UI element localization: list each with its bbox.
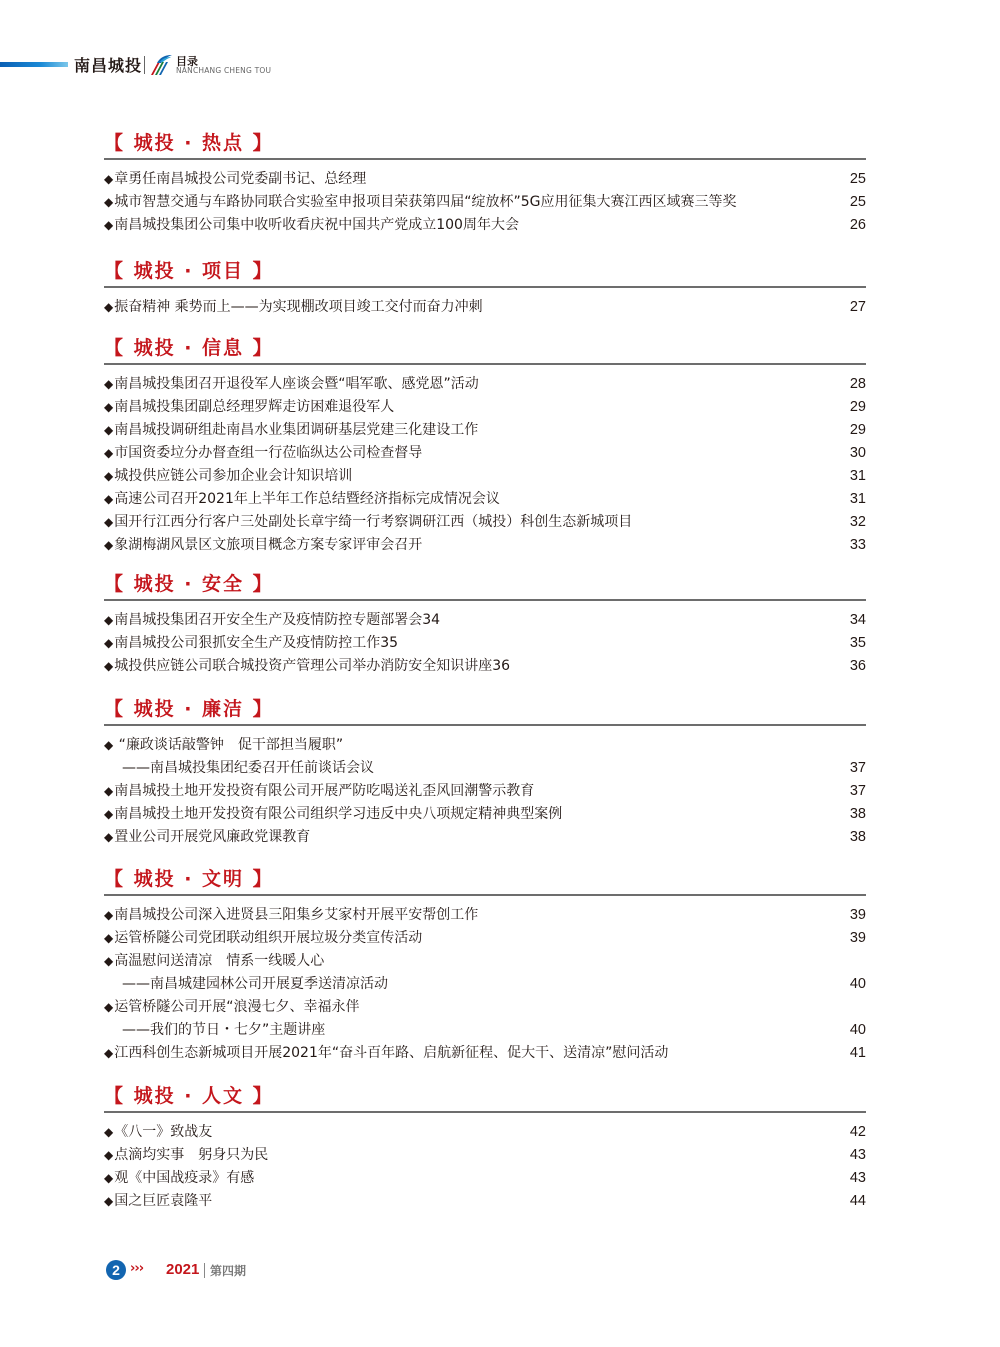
page-number: 38 [840, 803, 866, 826]
page-number: 34 [840, 609, 866, 632]
brand-english: NANCHANG CHENG TOU [176, 66, 271, 75]
page-number: 25 [840, 191, 866, 214]
toc-entry[interactable]: ◆国开行江西分行客户三处副处长章宇绮一行考察调研江西（城投）科创生态新城项目32 [104, 511, 866, 534]
toc-entry[interactable]: ◆运管桥隧公司开展“浪漫七夕、幸福永伴 [104, 996, 866, 1019]
toc-entry[interactable]: ◆南昌城投公司深入进贤县三阳集乡艾家村开展平安帮创工作39 [104, 904, 866, 927]
page-number: 41 [840, 1042, 866, 1065]
diamond-bullet-icon: ◆ [104, 488, 113, 511]
toc-entry-subtitle[interactable]: ——南昌城建园林公司开展夏季送清凉活动40 [104, 973, 866, 996]
issue-year: 2021 [166, 1261, 199, 1278]
header-accent-bar [0, 62, 68, 67]
section-title: 【 城投 · 人文 】 [104, 1081, 866, 1111]
footer-divider [204, 1263, 205, 1278]
section-title: 【 城投 · 安全 】 [104, 569, 866, 599]
diamond-bullet-icon: ◆ [104, 373, 113, 396]
page-number: 42 [840, 1121, 866, 1144]
diamond-bullet-icon: ◆ [104, 465, 113, 488]
page-number: 39 [840, 927, 866, 950]
section-divider [104, 363, 866, 365]
toc-entry[interactable]: ◆国之巨匠袁隆平44 [104, 1190, 866, 1213]
page-number: 32 [840, 511, 866, 534]
page-number: 27 [840, 296, 866, 319]
diamond-bullet-icon: ◆ [104, 803, 113, 826]
page-number: 26 [840, 214, 866, 237]
diamond-bullet-icon: ◆ [104, 1144, 113, 1167]
diamond-bullet-icon: ◆ [104, 534, 113, 557]
diamond-bullet-icon: ◆ [104, 927, 113, 950]
page-number-badge: 2 [106, 1260, 126, 1280]
chevrons-icon: ››› [130, 1261, 143, 1276]
toc-entry[interactable]: ◆南昌城投集团召开安全生产及疫情防控专题部署会3434 [104, 609, 866, 632]
page-number: 43 [840, 1167, 866, 1190]
page-number: 28 [840, 373, 866, 396]
toc-entry-subtitle[interactable]: ——我们的节日・七夕”主题讲座40 [104, 1019, 866, 1042]
section-title: 【 城投 · 热点 】 [104, 128, 866, 158]
toc-entry[interactable]: ◆城投供应链公司联合城投资产管理公司举办消防安全知识讲座3636 [104, 655, 866, 678]
diamond-bullet-icon: ◆ [104, 511, 113, 534]
toc-entry[interactable]: ◆南昌城投集团公司集中收听收看庆祝中国共产党成立100周年大会26 [104, 214, 866, 237]
section-title: 【 城投 · 廉洁 】 [104, 694, 866, 724]
toc-entry[interactable]: ◆南昌城投公司狠抓安全生产及疫情防控工作3535 [104, 632, 866, 655]
diamond-bullet-icon: ◆ [104, 780, 113, 803]
section-divider [104, 286, 866, 288]
diamond-bullet-icon: ◆ [104, 1167, 113, 1190]
toc-entry[interactable]: ◆置业公司开展党风廉政党课教育38 [104, 826, 866, 849]
toc-entry[interactable]: ◆运管桥隧公司党团联动组织开展垃圾分类宣传活动39 [104, 927, 866, 950]
section-divider [104, 1111, 866, 1113]
toc-entry[interactable]: ◆振奋精神 乘势而上——为实现棚改项目竣工交付而奋力冲刺27 [104, 296, 866, 319]
toc-entry[interactable]: ◆南昌城投集团召开退役军人座谈会暨“唱军歌、感党恩”活动28 [104, 373, 866, 396]
page-number: 30 [840, 442, 866, 465]
page-number: 36 [840, 655, 866, 678]
page-number: 39 [840, 904, 866, 927]
diamond-bullet-icon: ◆ [104, 191, 113, 214]
diamond-bullet-icon: ◆ [104, 950, 113, 973]
toc-entry[interactable]: ◆观《中国战疫录》有感43 [104, 1167, 866, 1190]
table-of-contents: 【 城投 · 热点 】 ◆章勇任南昌城投公司党委副书记、总经理25 ◆城市智慧交… [104, 128, 866, 1213]
diamond-bullet-icon: ◆ [104, 632, 113, 655]
diamond-bullet-icon: ◆ [104, 214, 113, 237]
nanchang-chengtou-logo-icon [149, 54, 173, 76]
diamond-bullet-icon: ◆ [104, 904, 113, 927]
diamond-bullet-icon: ◆ [104, 296, 113, 319]
page-number: 37 [840, 780, 866, 803]
toc-entry[interactable]: ◆城投供应链公司参加企业会计知识培训31 [104, 465, 866, 488]
page-number: 31 [840, 488, 866, 511]
toc-entry[interactable]: ◆南昌城投调研组赴南昌水业集团调研基层党建三化建设工作29 [104, 419, 866, 442]
diamond-bullet-icon: ◆ [104, 826, 113, 849]
toc-entry[interactable]: ◆市国资委垃分办督查组一行莅临纵达公司检查督导30 [104, 442, 866, 465]
section-title: 【 城投 · 信息 】 [104, 333, 866, 363]
brand-name: 南昌城投 [74, 53, 142, 76]
toc-entry[interactable]: ◆江西科创生态新城项目开展2021年“奋斗百年路、启航新征程、促大干、送清凉”慰… [104, 1042, 866, 1065]
section-humanities: 【 城投 · 人文 】 ◆《八一》致战友42 ◆点滴均实事 躬身只为民43 ◆观… [104, 1081, 866, 1213]
page-number: 37 [840, 757, 866, 780]
page-number: 44 [840, 1190, 866, 1213]
section-hotspot: 【 城投 · 热点 】 ◆章勇任南昌城投公司党委副书记、总经理25 ◆城市智慧交… [104, 128, 866, 256]
toc-entry[interactable]: ◆南昌城投土地开发投资有限公司开展严防吃喝送礼歪风回潮警示教育37 [104, 780, 866, 803]
section-divider [104, 158, 866, 160]
section-divider [104, 724, 866, 726]
diamond-bullet-icon: ◆ [104, 655, 113, 678]
toc-entry[interactable]: ◆高速公司召开2021年上半年工作总结暨经济指标完成情况会议31 [104, 488, 866, 511]
issue-label: 第四期 [210, 1262, 246, 1279]
diamond-bullet-icon: ◆ [104, 168, 113, 191]
page-number: 35 [840, 632, 866, 655]
brand-divider [144, 56, 145, 74]
section-safety: 【 城投 · 安全 】 ◆南昌城投集团召开安全生产及疫情防控专题部署会3434 … [104, 569, 866, 694]
toc-entry-subtitle[interactable]: ——南昌城投集团纪委召开任前谈话会议37 [104, 757, 866, 780]
diamond-bullet-icon: ◆ [104, 396, 113, 419]
toc-entry[interactable]: ◆高温慰问送清凉 情系一线暖人心 [104, 950, 866, 973]
diamond-bullet-icon: ◆ [104, 609, 113, 632]
toc-entry[interactable]: ◆象湖梅湖风景区文旅项目概念方案专家评审会召开33 [104, 534, 866, 557]
page-number: 33 [840, 534, 866, 557]
diamond-bullet-icon: ◆ [104, 1190, 113, 1213]
section-civilization: 【 城投 · 文明 】 ◆南昌城投公司深入进贤县三阳集乡艾家村开展平安帮创工作3… [104, 864, 866, 1081]
section-divider [104, 599, 866, 601]
toc-entry[interactable]: ◆南昌城投土地开发投资有限公司组织学习违反中央八项规定精神典型案例38 [104, 803, 866, 826]
toc-entry[interactable]: ◆《八一》致战友42 [104, 1121, 866, 1144]
diamond-bullet-icon: ◆ [104, 734, 113, 757]
diamond-bullet-icon: ◆ [104, 1042, 113, 1065]
section-divider [104, 894, 866, 896]
page-number: 38 [840, 826, 866, 849]
section-title: 【 城投 · 文明 】 [104, 864, 866, 894]
toc-entry[interactable]: ◆点滴均实事 躬身只为民43 [104, 1144, 866, 1167]
diamond-bullet-icon: ◆ [104, 1121, 113, 1144]
page-number: 25 [840, 168, 866, 191]
page-number: 43 [840, 1144, 866, 1167]
diamond-bullet-icon: ◆ [104, 419, 113, 442]
page-number: 29 [840, 419, 866, 442]
page-number: 40 [840, 1019, 866, 1042]
toc-entry[interactable]: ◆章勇任南昌城投公司党委副书记、总经理25 [104, 168, 866, 191]
section-title: 【 城投 · 项目 】 [104, 256, 866, 286]
section-project: 【 城投 · 项目 】 ◆振奋精神 乘势而上——为实现棚改项目竣工交付而奋力冲刺… [104, 256, 866, 333]
diamond-bullet-icon: ◆ [104, 996, 113, 1019]
page-number: 40 [840, 973, 866, 996]
section-info: 【 城投 · 信息 】 ◆南昌城投集团召开退役军人座谈会暨“唱军歌、感党恩”活动… [104, 333, 866, 569]
page-number: 29 [840, 396, 866, 419]
toc-entry[interactable]: ◆南昌城投集团副总经理罗辉走访困难退役军人29 [104, 396, 866, 419]
page-number: 31 [840, 465, 866, 488]
toc-entry[interactable]: ◆ “廉政谈话敲警钟 促干部担当履职” [104, 734, 866, 757]
section-integrity: 【 城投 · 廉洁 】 ◆ “廉政谈话敲警钟 促干部担当履职” ——南昌城投集团… [104, 694, 866, 864]
toc-entry[interactable]: ◆城市智慧交通与车路协同联合实验室申报项目荣获第四届“绽放杯”5G应用征集大赛江… [104, 191, 866, 214]
diamond-bullet-icon: ◆ [104, 442, 113, 465]
page-header: 南昌城投 目录 NANCHANG CHENG TOU [0, 52, 400, 78]
